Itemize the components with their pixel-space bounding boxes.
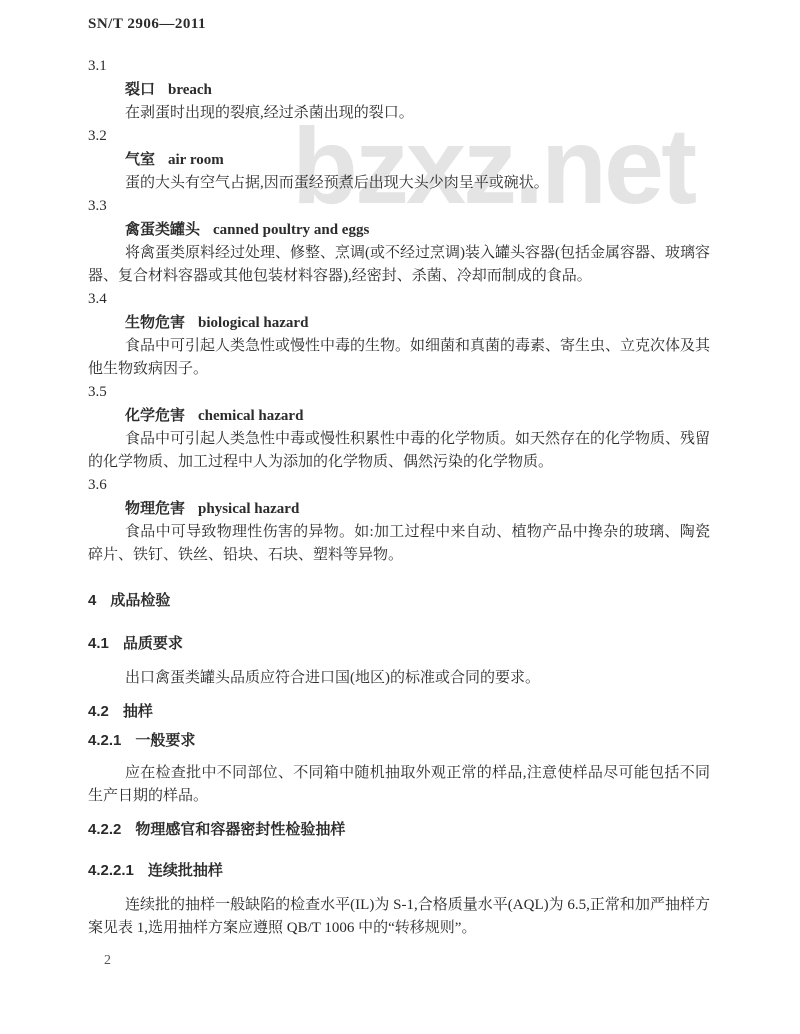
term-english: biological hazard bbox=[198, 315, 308, 331]
section-number: 4.2.1 bbox=[88, 732, 121, 749]
term-definition: 食品中可引起人类急性或慢性中毒的生物。如细菌和真菌的毒素、寄生虫、立克次体及其他… bbox=[88, 335, 710, 381]
term-heading: 化学危害chemical hazard bbox=[88, 404, 710, 428]
term-english: chemical hazard bbox=[198, 408, 303, 424]
term-heading: 裂口breach bbox=[88, 78, 710, 102]
term-section-3-5: 3.5 化学危害chemical hazard 食品中可引起人类急性中毒或慢性积… bbox=[88, 381, 710, 474]
term-definition: 在剥蛋时出现的裂痕,经过杀菌出现的裂口。 bbox=[88, 102, 710, 125]
term-chinese: 气室 bbox=[125, 151, 155, 168]
term-english: breach bbox=[168, 82, 212, 98]
section-4-2-2-1-paragraph: 连续批的抽样一般缺陷的检查水平(IL)为 S-1,合格质量水平(AQL)为 6.… bbox=[88, 894, 710, 940]
section-number: 4.2.2 bbox=[88, 821, 121, 838]
page-number: 2 bbox=[104, 953, 111, 969]
term-number: 3.6 bbox=[88, 474, 710, 497]
term-chinese: 物理危害 bbox=[125, 500, 185, 517]
standard-number-header: SN/T 2906—2011 bbox=[88, 14, 710, 34]
section-title: 品质要求 bbox=[123, 635, 183, 652]
section-4-2-2-heading: 4.2.2物理感官和容器密封性检验抽样 bbox=[88, 818, 710, 841]
term-english: physical hazard bbox=[198, 501, 299, 517]
section-number: 4.1 bbox=[88, 635, 109, 652]
section-4-2-2-1-heading: 4.2.2.1连续批抽样 bbox=[88, 859, 710, 882]
section-4-1-paragraph: 出口禽蛋类罐头品质应符合进口国(地区)的标准或合同的要求。 bbox=[88, 667, 710, 690]
term-section-3-2: 3.2 气室air room 蛋的大头有空气占据,因而蛋经预煮后出现大头少肉呈平… bbox=[88, 125, 710, 195]
term-chinese: 裂口 bbox=[125, 81, 155, 98]
page-content: SN/T 2906—2011 3.1 裂口breach 在剥蛋时出现的裂痕,经过… bbox=[0, 0, 800, 940]
section-4-2-heading: 4.2抽样 bbox=[88, 700, 710, 723]
term-heading: 气室air room bbox=[88, 148, 710, 172]
section-title: 一般要求 bbox=[135, 732, 195, 749]
term-number: 3.1 bbox=[88, 55, 710, 78]
section-number: 4.2 bbox=[88, 703, 109, 720]
term-chinese: 化学危害 bbox=[125, 407, 185, 424]
section-title: 抽样 bbox=[123, 703, 153, 720]
section-title: 物理感官和容器密封性检验抽样 bbox=[135, 821, 345, 838]
term-number: 3.4 bbox=[88, 288, 710, 311]
terms-and-definitions: 3.1 裂口breach 在剥蛋时出现的裂痕,经过杀菌出现的裂口。 3.2 气室… bbox=[88, 55, 710, 567]
term-heading: 禽蛋类罐头canned poultry and eggs bbox=[88, 218, 710, 242]
term-section-3-3: 3.3 禽蛋类罐头canned poultry and eggs 将禽蛋类原料经… bbox=[88, 195, 710, 288]
term-number: 3.3 bbox=[88, 195, 710, 218]
section-4-2-1-paragraph: 应在检查批中不同部位、不同箱中随机抽取外观正常的样品,注意使样品尽可能包括不同生… bbox=[88, 762, 710, 808]
chapter-title: 成品检验 bbox=[110, 592, 170, 609]
term-english: canned poultry and eggs bbox=[213, 222, 369, 238]
term-english: air room bbox=[168, 152, 224, 168]
section-title: 连续批抽样 bbox=[148, 862, 223, 879]
section-4-1-heading: 4.1品质要求 bbox=[88, 632, 710, 655]
term-heading: 物理危害physical hazard bbox=[88, 497, 710, 521]
section-4-2-1-heading: 4.2.1一般要求 bbox=[88, 729, 710, 752]
term-section-3-6: 3.6 物理危害physical hazard 食品中可导致物理性伤害的异物。如… bbox=[88, 474, 710, 567]
term-section-3-1: 3.1 裂口breach 在剥蛋时出现的裂痕,经过杀菌出现的裂口。 bbox=[88, 55, 710, 125]
term-definition: 食品中可引起人类急性中毒或慢性积累性中毒的化学物质。如天然存在的化学物质、残留的… bbox=[88, 428, 710, 474]
term-number: 3.5 bbox=[88, 381, 710, 404]
term-heading: 生物危害biological hazard bbox=[88, 311, 710, 335]
term-section-3-4: 3.4 生物危害biological hazard 食品中可引起人类急性或慢性中… bbox=[88, 288, 710, 381]
document-page: { "page": { "header_title": "SN/T 2906—2… bbox=[0, 0, 800, 1034]
chapter-4-heading: 4成品检验 bbox=[88, 589, 710, 612]
term-number: 3.2 bbox=[88, 125, 710, 148]
term-chinese: 禽蛋类罐头 bbox=[125, 221, 200, 238]
chapter-number: 4 bbox=[88, 592, 96, 609]
term-definition: 将禽蛋类原料经过处理、修整、烹调(或不经过烹调)装入罐头容器(包括金属容器、玻璃… bbox=[88, 242, 710, 288]
term-definition: 蛋的大头有空气占据,因而蛋经预煮后出现大头少肉呈平或碗状。 bbox=[88, 172, 710, 195]
term-definition: 食品中可导致物理性伤害的异物。如:加工过程中来自动、植物产品中搀杂的玻璃、陶瓷碎… bbox=[88, 521, 710, 567]
term-chinese: 生物危害 bbox=[125, 314, 185, 331]
section-number: 4.2.2.1 bbox=[88, 862, 134, 879]
